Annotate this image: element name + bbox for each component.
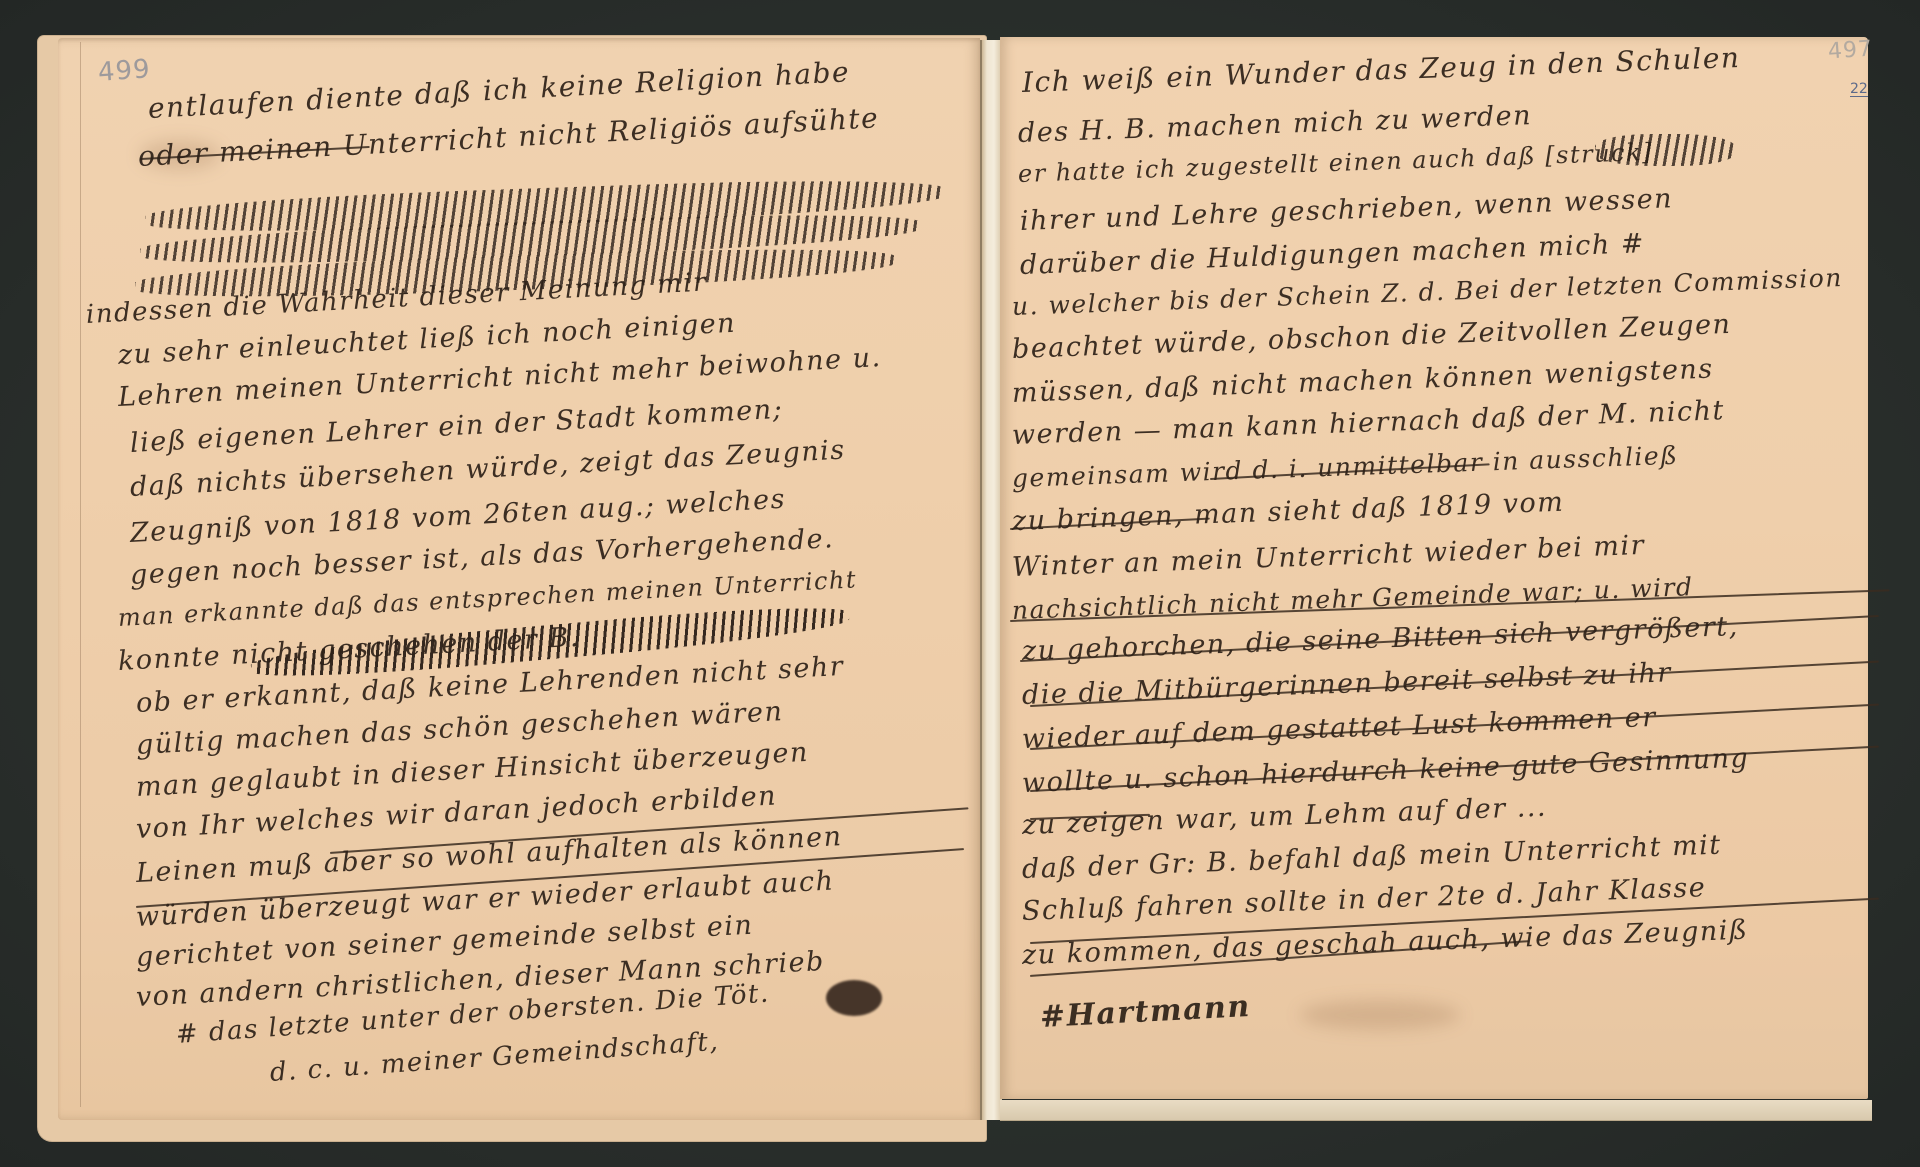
ink-blot bbox=[826, 980, 882, 1016]
right-folio-number: 497 bbox=[1827, 36, 1874, 64]
right-folio-subnumber: 22 bbox=[1850, 82, 1868, 97]
left-page-fold-edge bbox=[62, 42, 81, 1107]
ink-stain bbox=[1300, 1000, 1460, 1030]
left-folio-number: 499 bbox=[97, 54, 152, 88]
book-spine bbox=[980, 40, 1002, 1120]
right-page-bottom-edge bbox=[1000, 1100, 1872, 1121]
